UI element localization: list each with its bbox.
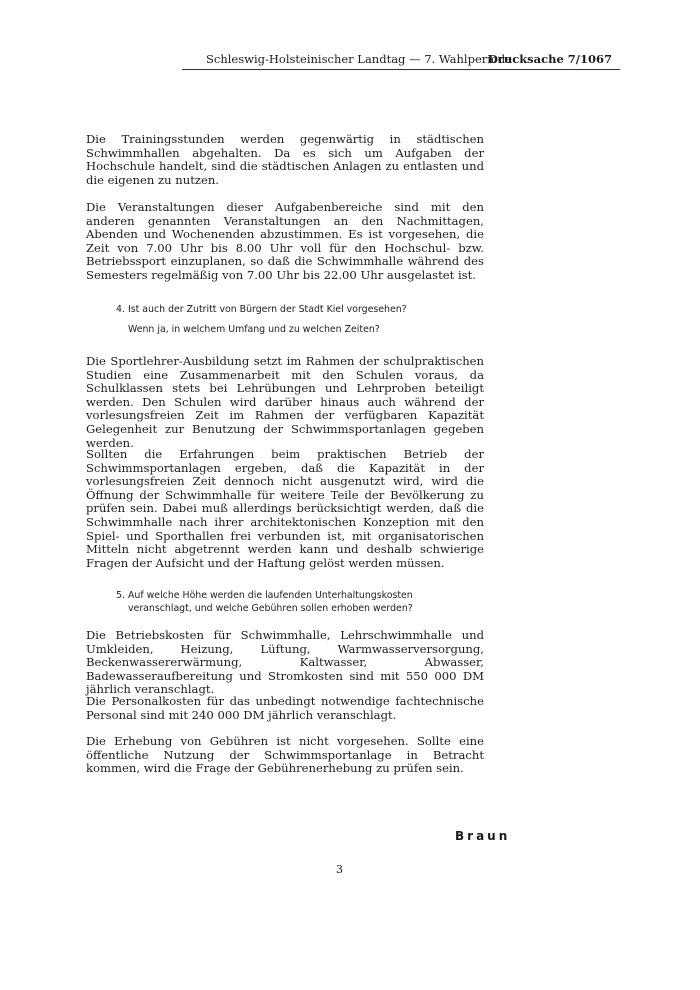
question-4: 4.Ist auch der Zutritt von Bürgern der S… xyxy=(116,303,456,336)
paragraph-training-hours: Die Trainingsstunden werden gegenwärtig … xyxy=(86,133,484,187)
paragraph-public-access: Sollten die Erfahrungen beim praktischen… xyxy=(86,448,484,570)
question-text-line2: veranschlagt, und welche Gebühren sollen… xyxy=(116,602,456,615)
question-number: 4. xyxy=(116,303,128,316)
paragraph-teacher-training: Die Sportlehrer-Ausbildung setzt im Rahm… xyxy=(86,355,484,450)
header-title: Schleswig-Holsteinischer Landtag — 7. Wa… xyxy=(206,51,512,67)
question-number: 5. xyxy=(116,589,128,602)
question-text-line1: Ist auch der Zutritt von Bürgern der Sta… xyxy=(128,304,407,315)
question-text-line1: Auf welche Höhe werden die laufenden Unt… xyxy=(128,590,413,601)
signature: Braun xyxy=(455,829,510,843)
document-number: Drucksache 7/1067 xyxy=(488,51,612,67)
page-header: Schleswig-Holsteinischer Landtag — 7. Wa… xyxy=(182,51,620,70)
question-5: 5.Auf welche Höhe werden die laufenden U… xyxy=(116,589,456,615)
paragraph-scheduling: Die Veranstaltungen dieser Aufgabenberei… xyxy=(86,201,484,283)
paragraph-operating-costs: Die Betriebskosten für Schwimmhalle, Leh… xyxy=(86,629,484,697)
question-text-line2: Wenn ja, in welchem Umfang und zu welche… xyxy=(116,323,456,336)
page-number: 3 xyxy=(336,863,343,876)
paragraph-fees: Die Erhebung von Gebühren ist nicht vorg… xyxy=(86,735,484,776)
paragraph-personnel-costs: Die Personalkosten für das unbedingt not… xyxy=(86,695,484,722)
